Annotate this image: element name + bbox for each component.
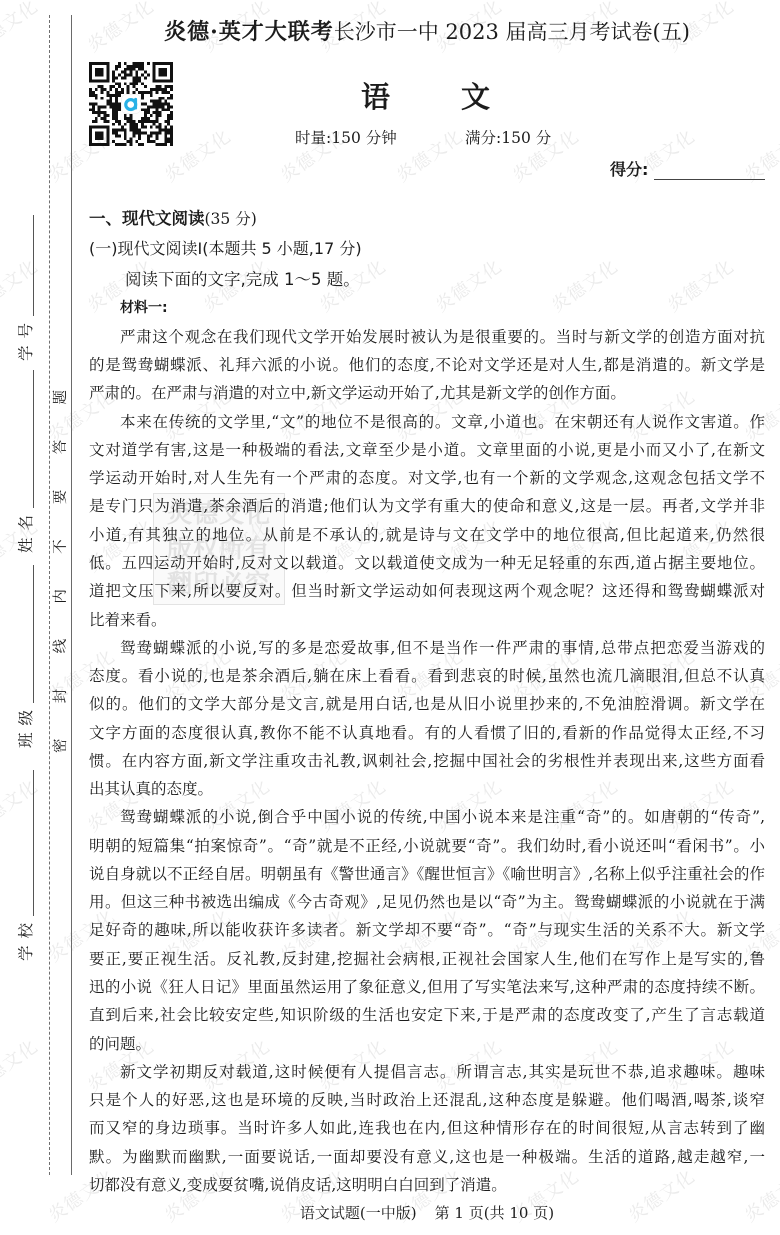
passage-line: 切都没有意义,变成耍贫嘴,说俏皮话,这明明白白回到了消遣。 [89,1171,765,1199]
seal-dotted-line [49,15,50,1175]
score-blank-line [654,179,765,180]
subsection-heading: (一)现代文阅读Ⅰ(本题共 5 小题,17 分) [89,238,362,260]
passage-line: 迅的小说《狂人日记》里面虽然运用了象征意义,但用了写实笔法来写,这种严肃的态度持… [89,973,765,1001]
passage-line: 低。五四运动开始时,反对文以载道。文以载道使文成为一种无足轻重的东西,道占据主要… [89,549,765,577]
passage-line: 是专门只为消遣,茶余酒后的消遣;他们认为文学有重大的使命和意义,这是一层。再者,… [89,492,765,520]
passage-line: 明朝的短篇集“拍案惊奇”。“奇”就是不正经,小说就要“奇”。我们幼时,看小说还叫… [89,832,765,860]
page-footer: 语文试题(一中版)第 1 页(共 10 页) [89,1202,765,1224]
field-label: 学校 [16,916,36,961]
score-label: 得分: [610,159,648,181]
footer-page-info: 第 1 页(共 10 页) [435,1204,554,1222]
passage-line: 而又窄的身边琐事。当时许多人如此,连我也在内,但这种情形存在的时间很短,从言志转… [89,1114,765,1142]
passage-line: 本来在传统的文学里,“文”的地位不是很高的。文章,小道也。在宋朝还有人说作文害道… [89,408,765,436]
passage-line: 小道,有其独立的地位。从前是不承认的,就是诗与文在文学中的地位很高,但比起道来,… [89,521,765,549]
subject-char: 文 [461,80,490,114]
passage-line: 鸳鸯蝴蝶派的小说,倒合乎中国小说的传统,中国小说本来是注重“奇”的。如唐朝的“传… [89,803,765,831]
passage-line: 似的。他们的文学大部分是文言,就是用白话,也是从旧小说里抄来的,不免油腔滑调。新… [89,690,765,718]
class-field: 班级 [16,565,36,748]
section-title: 一、现代文阅读 [89,209,205,228]
subject-char: 语 [361,80,390,114]
passage-line: 新文学初期反对载道,这时候便有人提倡言志。所谓言志,其实是玩世不恭,追求趣味。趣… [89,1058,765,1086]
footer-doc-name: 语文试题(一中版) [300,1204,417,1222]
exam-duration: 时量:150 分钟 [295,127,397,149]
circle-logo-icon [122,95,141,114]
passage-line: 只是个人的好恶,这也是环境的反映,当时政治上还混乱,这种态度是躲避。他们喝酒,喝… [89,1086,765,1114]
passage-line: 足好奇的趣味,所以能收获许多读者。新文学却不要“奇”。“奇”与现实生活的关系不大… [89,916,765,944]
field-blank-line [33,215,34,316]
reading-instruction: 阅读下面的文字,完成 1～5 题。 [125,269,360,291]
field-label: 班级 [16,703,36,748]
passage-line: 惯。在内容方面,新文学注重攻击礼教,讽刺社会,挖掘中国社会的劣根性并表现出来,这… [89,747,765,775]
exam-name: 长沙市一中 2023 届高三月考试卷(五) [334,20,690,44]
passage-line: 要正,要正视生活。反礼教,反封建,挖掘社会病根,正视社会国家人生,他们在写作上是… [89,945,765,973]
passage-line: 严肃的。在严肃与消遣的对立中,新文学运动开始了,尤其是新文学的创作方面。 [89,379,765,407]
paragraph: 鸳鸯蝴蝶派的小说,倒合乎中国小说的传统,中国小说本来是注重“奇”的。如唐朝的“传… [89,803,765,1057]
field-blank-line [33,370,34,508]
reading-passage: 严肃这个观念在我们现代文学开始发展时被认为是很重要的。当时与新文学的创造方面对抗… [89,323,765,1199]
exam-page: 炎德文化 版权所有 翻印必究 炎德文化炎德文化炎德文化炎德文化炎德文化炎德文化炎… [0,0,780,1235]
field-blank-line [33,770,34,916]
passage-line: 比着来看。 [89,606,765,634]
paragraph: 本来在传统的文学里,“文”的地位不是很高的。文章,小道也。在宋朝还有人说作文害道… [89,408,765,634]
student-number-field: 学号 [16,215,36,361]
seal-notice: 密封线内不要答题 [52,390,70,753]
exam-title: 炎德·英才大联考长沙市一中 2023 届高三月考试卷(五) [89,16,765,50]
passage-line: 说自身就以不正经自居。明朝虽有《警世通言》《醒世恒言》《喻世明言》,名称上似乎注… [89,860,765,888]
exam-brand: 炎德·英才大联考 [164,19,334,45]
passage-line: 的是鸳鸯蝴蝶派、礼拜六派的小说。他们的态度,不论对文学还是对人生,都是消遣的。新… [89,351,765,379]
field-blank-line [33,565,34,703]
passage-line: 学运动开始时,对人生先有一个严肃的态度。对文学,也有一个新的文学观念,这观念包括… [89,464,765,492]
field-label: 姓名 [16,508,36,553]
passage-line: 态度。看小说的,也是茶余酒后,躺在床上看看。看到悲哀的时候,虽然也流几滴眼泪,但… [89,662,765,690]
passage-line: 鸳鸯蝴蝶派的小说,写的多是恋爱故事,但不是当作一件严肃的事情,总带点把恋爱当游戏… [89,634,765,662]
paragraph: 鸳鸯蝴蝶派的小说,写的多是恋爱故事,但不是当作一件严肃的事情,总带点把恋爱当游戏… [89,634,765,804]
passage-line: 的问题。 [89,1030,765,1058]
passage-line: 文对道学有害,这是一种极端的看法,文章至少是小道。文章里面的小说,更是小而又小了… [89,436,765,464]
school-field: 学校 [16,770,36,961]
passage-line: 文字方面的态度很认真,教你不能不认真地看。有的人看惯了旧的,看新的作品觉得太正经… [89,719,765,747]
seal-solid-line [71,15,72,1175]
paragraph: 严肃这个观念在我们现代文学开始发展时被认为是很重要的。当时与新文学的创造方面对抗… [89,323,765,408]
passage-line: 出其认真的态度。 [89,775,765,803]
material-label: 材料一: [120,298,168,318]
passage-line: 道把文压下来,所以要反对。但当时新文学运动如何表现这两个观念呢？这还得和鸳鸯蝴蝶… [89,577,765,605]
name-field: 姓名 [16,370,36,553]
section-heading: 一、现代文阅读(35 分) [89,208,257,230]
passage-line: 默。为幽默而幽默,一面要说话,一面却要没有意义,这也是一种极端。生活的道路,越走… [89,1143,765,1171]
full-score: 满分:150 分 [465,127,551,149]
qr-code-icon [89,62,173,146]
passage-line: 用。但这三种书被选出编成《今古奇观》,足见仍然也是以“奇”为主。鸳鸯蝴蝶派的小说… [89,888,765,916]
field-label: 学号 [16,316,36,361]
passage-line: 直到后来,社会比较安定些,知识阶级的生活也安定下来,于是严肃的态度改变了,产生了… [89,1001,765,1029]
paragraph: 新文学初期反对载道,这时候便有人提倡言志。所谓言志,其实是玩世不恭,追求趣味。趣… [89,1058,765,1199]
passage-line: 严肃这个观念在我们现代文学开始发展时被认为是很重要的。当时与新文学的创造方面对抗 [89,323,765,351]
page-content: 学号 姓名 班级 学校 密封线内不要答题 炎德·英才大联考长沙市一中 2023 … [0,0,780,1235]
section-points: (35 分) [205,210,257,228]
